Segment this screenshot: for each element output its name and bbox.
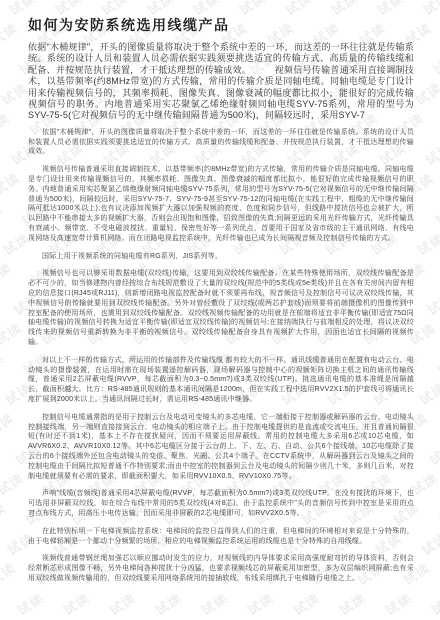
watermark-text: 试读 <box>0 48 3 79</box>
body-text: 依据"木桶规律"，开头的图像质量将取决于整个系统中差的一环，而这差的一环往往就是… <box>28 128 414 584</box>
watermark-text: 试读 <box>425 438 440 469</box>
watermark-text: 试读 <box>0 558 19 589</box>
watermark-text: 试读 <box>59 588 93 619</box>
watermark-text: 试读 <box>415 378 440 409</box>
preview-paragraph: 依据"木桶规律"，开头的图像质量将取决于整个系统中差的一环，而这差的一环往往就是… <box>28 42 414 122</box>
watermark-text: 试读 <box>421 138 440 169</box>
watermark-text: 试读 <box>381 588 415 619</box>
watermark-text: 试读 <box>413 228 440 259</box>
watermark-text: 试读 <box>0 468 27 499</box>
paragraph: 视频线普通带钢丝绳加强芯以顺应挪动时发生的应力，对视频线的内导体要求采用高强度耐… <box>28 554 414 583</box>
paragraph: 依据"木桶规律"，开头的图像质量将取决于整个系统中差的一环，而这差的一环往往就是… <box>28 128 414 157</box>
document-content: 如何为安防系统选用线缆产品 依据"木桶规律"，开头的图像质量将取决于整个系统中差… <box>28 0 414 592</box>
watermark-text: 试读 <box>411 78 440 109</box>
paragraph: 声响"线缆(音频线)普通采用4芯屏蔽电缆(RVVP，每芯截面积为0.5mm?)或… <box>28 489 414 518</box>
watermark-text: 试读 <box>197 588 231 619</box>
watermark-text: 试读 <box>0 198 5 229</box>
watermark-text: 试读 <box>0 318 25 349</box>
watermark-text: 试读 <box>419 0 440 19</box>
watermark-text: 试读 <box>0 408 17 439</box>
watermark-text: 试读 <box>427 588 440 619</box>
document-page: 试读试读试读试读试读试读试读试读试读试读试读试读试读试读试读试读试读试读试读试读… <box>0 0 440 620</box>
watermark-text: 试读 <box>0 498 9 529</box>
watermark-text: 试读 <box>13 588 47 619</box>
watermark-text: 试读 <box>0 588 1 619</box>
paragraph: 控制信号电缆通常指的是用于控制云台及电动可变镜头的多芯电缆，它一端衔接于控制器或… <box>28 413 414 482</box>
stray-artifact <box>29 510 33 517</box>
watermark-text: 试读 <box>289 588 323 619</box>
paragraph: 视频信号传输普通采用直接调制技术，以基带频率(约8MHz带宽)的方式传输，常用的… <box>28 165 414 243</box>
paragraph: 对以上不一样的传输方式，所运用的传输部件及传输线缆 都有较大的不一样。通讯线缆普… <box>28 356 414 405</box>
watermark-text: 试读 <box>435 498 440 529</box>
watermark-text: 试读 <box>243 588 277 619</box>
watermark-text: 试读 <box>433 348 440 379</box>
paragraph: 在此特别标明一下电梯视频监控系统：电梯间的监控日益得到人们的注重，但电梯间的环境… <box>28 527 414 547</box>
watermark-text: 试读 <box>429 48 440 79</box>
paragraph: 视频信号也可以够采用数据电缆(双绞线)传输，这要用到双绞线传输配备。在某些特殊使… <box>28 269 414 347</box>
watermark-text: 试读 <box>0 348 7 379</box>
watermark-text: 试读 <box>0 258 15 289</box>
watermark-text: 试读 <box>0 78 31 109</box>
watermark-text: 试读 <box>0 108 13 139</box>
watermark-text: 试读 <box>431 198 440 229</box>
watermark-text: 试读 <box>423 288 440 319</box>
watermark-text: 试读 <box>151 588 185 619</box>
watermark-text: 试读 <box>105 588 139 619</box>
watermark-text: 试读 <box>417 528 440 559</box>
page-title: 如何为安防系统选用线缆产品 <box>28 15 414 35</box>
watermark-text: 试读 <box>0 168 23 199</box>
paragraph: 国际上用于视频系统的同轴电缆有RG系列，JIS系列等。 <box>28 252 414 262</box>
watermark-text: 试读 <box>0 18 21 49</box>
watermark-text: 试读 <box>335 588 369 619</box>
